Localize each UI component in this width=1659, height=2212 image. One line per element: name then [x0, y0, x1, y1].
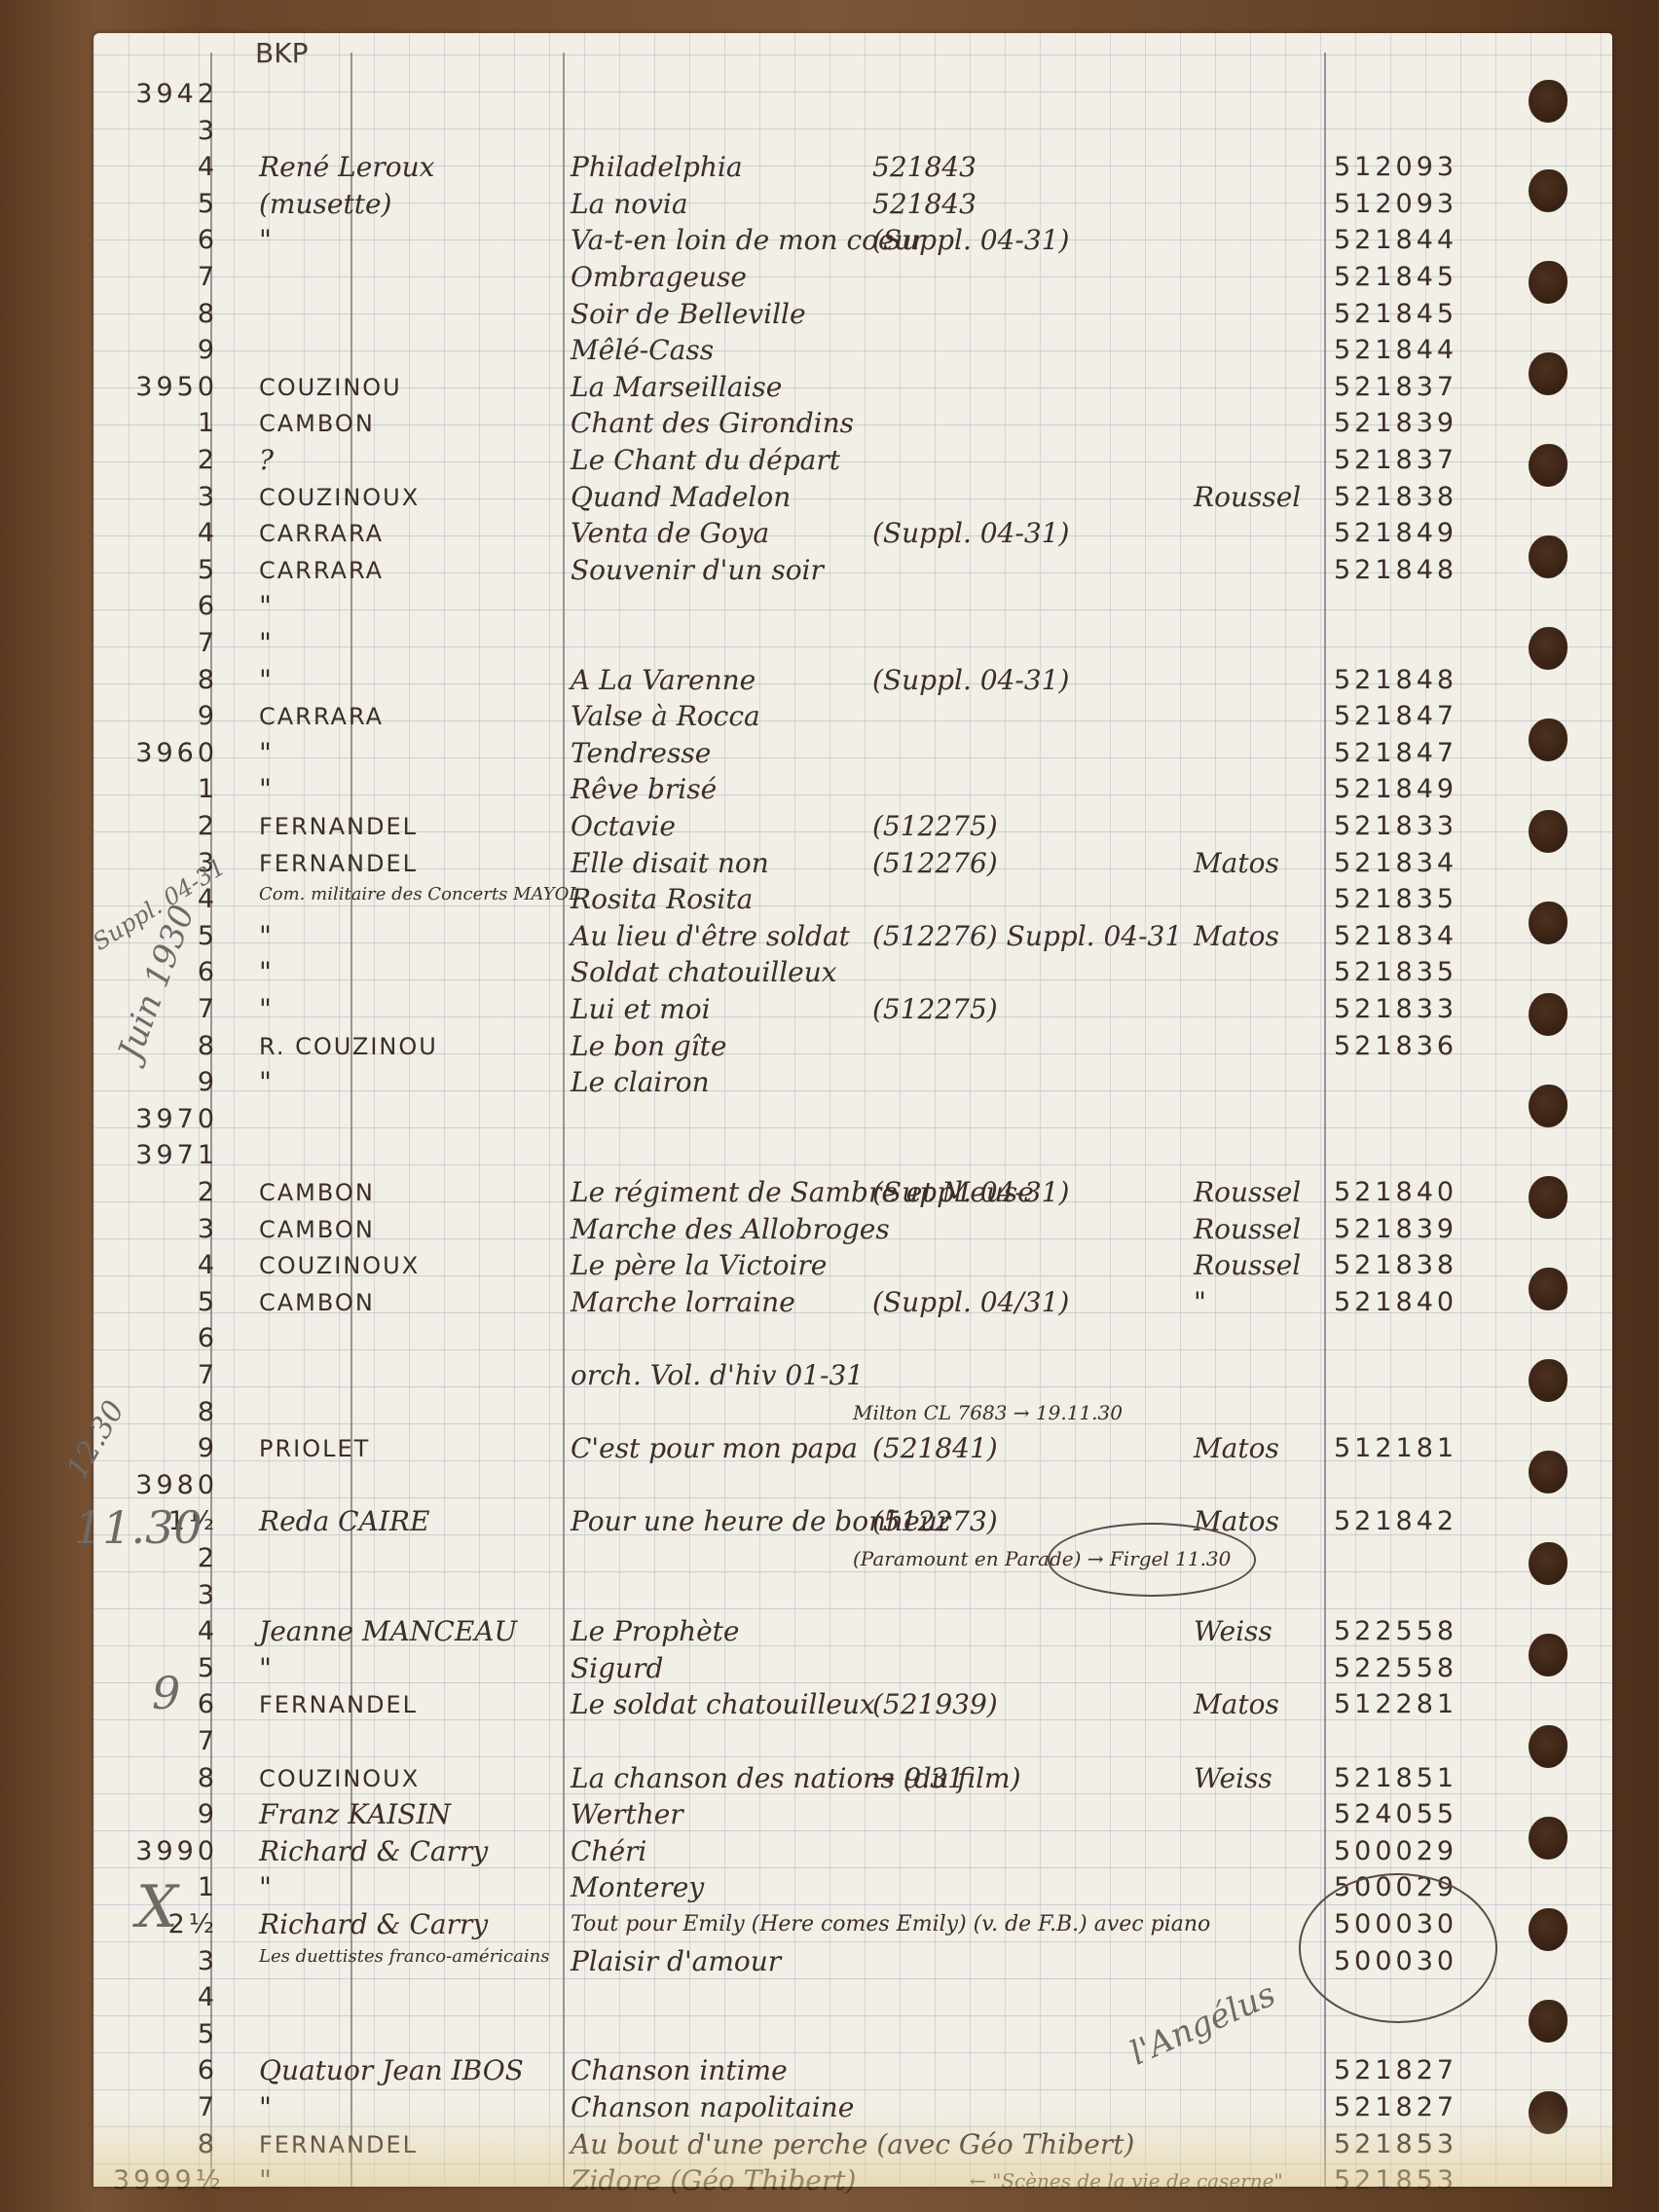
artist-cell: FERNANDEL — [259, 2130, 551, 2159]
table-row: 4CARRARAVenta de Goya(Suppl. 04-31)52184… — [93, 519, 1612, 556]
catalog-number: 5 — [113, 2020, 218, 2049]
matrix-number: 512093 — [1334, 153, 1457, 182]
title-cell: Quand Madelon — [571, 483, 1155, 512]
note-cell: Milton CL 7683 → 19.11.30 — [853, 1398, 1123, 1427]
artist-cell: René Leroux — [259, 153, 551, 182]
catalog-number: 4 — [113, 1983, 218, 2012]
table-row: 9PRIOLETC'est pour mon papa(521841)Matos… — [93, 1434, 1612, 1471]
note-cell: (512275) — [872, 812, 998, 841]
title-cell: Tout pour Emily (Here comes Emily) (v. d… — [571, 1910, 1155, 1939]
artist-cell: " — [259, 958, 551, 987]
matrix-number: 521845 — [1334, 263, 1457, 292]
title-cell: C'est pour mon papa — [571, 1434, 1155, 1463]
matrix-number: 521853 — [1334, 2166, 1457, 2195]
label-cell: Roussel — [1194, 1178, 1301, 1207]
artist-cell: " — [259, 226, 551, 255]
catalog-number: 3960 — [113, 739, 218, 768]
title-cell: Au bout d'une perche (avec Géo Thibert) — [571, 2130, 1155, 2159]
catalog-number: 8 — [113, 2130, 218, 2159]
title-cell: Chéri — [571, 1837, 1155, 1866]
label-cell: Matos — [1194, 922, 1279, 951]
table-row: 3 — [93, 117, 1612, 154]
catalog-number: 4 — [113, 519, 218, 548]
matrix-number: 521838 — [1334, 1251, 1457, 1280]
catalog-number: 3 — [113, 1215, 218, 1244]
table-row: 6"Va-t-en loin de mon coeur(Suppl. 04-31… — [93, 226, 1612, 263]
table-row: 8R. COUZINOULe bon gîte521836 — [93, 1032, 1612, 1069]
note-cell: (512273) — [872, 1507, 998, 1536]
catalog-number: 9 — [113, 1434, 218, 1463]
table-row: 4Com. militaire des Concerts MAYOLRosita… — [93, 885, 1612, 922]
title-cell: Chanson intime — [571, 2056, 1155, 2085]
catalog-number: 8 — [113, 666, 218, 695]
artist-cell: " — [259, 995, 551, 1024]
catalog-number: 1 — [113, 409, 218, 438]
catalog-number: 3 — [113, 483, 218, 512]
catalog-number: 3971 — [113, 1141, 218, 1170]
artist-cell: COUZINOUX — [259, 1764, 551, 1793]
artist-cell: " — [259, 1654, 551, 1683]
title-cell: Rosita Rosita — [571, 885, 1155, 914]
title-cell: Plaisir d'amour — [571, 1947, 1155, 1976]
binder-hole — [1529, 993, 1567, 1036]
catalog-number: 3942 — [113, 80, 218, 109]
table-row: 5 — [93, 2020, 1612, 2057]
artist-cell: PRIOLET — [259, 1434, 551, 1463]
table-row: 4René LerouxPhiladelphia521843512093 — [93, 153, 1612, 190]
note-cell: (521841) — [872, 1434, 998, 1463]
binder-hole — [1529, 444, 1567, 487]
catalog-number: 2 — [113, 446, 218, 475]
artist-cell: " — [259, 1068, 551, 1097]
binder-hole — [1529, 627, 1567, 670]
matrix-number: 521827 — [1334, 2056, 1457, 2085]
catalog-number: 6 — [113, 1324, 218, 1353]
note-cell: (Suppl. 04/31) — [872, 1288, 1069, 1317]
catalog-number: 9 — [113, 702, 218, 731]
artist-cell: CAMBON — [259, 1178, 551, 1207]
catalog-number: 3999½ — [113, 2166, 218, 2195]
matrix-number: 512093 — [1334, 190, 1457, 219]
table-row: 5CARRARASouvenir d'un soir521848 — [93, 556, 1612, 593]
label-cell: Weiss — [1194, 1764, 1272, 1793]
artist-cell: COUZINOU — [259, 373, 551, 402]
table-row: 3971 — [93, 1141, 1612, 1178]
binder-hole — [1529, 1725, 1567, 1768]
artist-cell: (musette) — [259, 190, 551, 219]
artist-cell: FERNANDEL — [259, 812, 551, 841]
table-row: 2(Paramount en Parade) → Firgel 11.30 — [93, 1544, 1612, 1581]
label-cell: Matos — [1194, 1690, 1279, 1719]
catalog-number: 6 — [113, 592, 218, 621]
matrix-number: 521842 — [1334, 1507, 1457, 1536]
binder-hole — [1529, 1359, 1567, 1402]
artist-cell: R. COUZINOU — [259, 1032, 551, 1061]
matrix-number: 521839 — [1334, 1215, 1457, 1244]
table-row: 3FERNANDELElle disait non(512276)Matos52… — [93, 849, 1612, 886]
catalog-number: 3 — [113, 1947, 218, 1976]
note-cell: 521843 — [872, 190, 977, 219]
catalog-number: 1 — [113, 775, 218, 804]
table-row: 7"Chanson napolitaine521827 — [93, 2093, 1612, 2130]
catalog-number: 7 — [113, 263, 218, 292]
matrix-number: 521844 — [1334, 226, 1457, 255]
matrix-number: 521851 — [1334, 1764, 1457, 1793]
note-cell: (521939) — [872, 1690, 998, 1719]
title-cell: Le soldat chatouilleux — [571, 1690, 1155, 1719]
table-row: 5(musette)La novia521843512093 — [93, 190, 1612, 227]
title-cell: Lui et moi — [571, 995, 1155, 1024]
title-cell: Rêve brisé — [571, 775, 1155, 804]
title-cell: Le père la Victoire — [571, 1251, 1155, 1280]
artist-cell: " — [259, 629, 551, 658]
artist-cell: " — [259, 739, 551, 768]
catalog-number: 7 — [113, 1361, 218, 1390]
matrix-number: 522558 — [1334, 1654, 1457, 1683]
title-cell: Le bon gîte — [571, 1032, 1155, 1061]
table-row: 7" — [93, 629, 1612, 666]
binder-hole — [1529, 2000, 1567, 2043]
title-cell: Werther — [571, 1800, 1155, 1829]
artist-cell: CAMBON — [259, 409, 551, 438]
artist-cell: FERNANDEL — [259, 849, 551, 878]
catalog-number: 6 — [113, 2056, 218, 2085]
catalog-number: 2 — [113, 1178, 218, 1207]
table-row: 2FERNANDELOctavie(512275)521833 — [93, 812, 1612, 849]
artist-cell: COUZINOUX — [259, 483, 551, 512]
catalog-number: 9 — [113, 1800, 218, 1829]
title-cell: Le Prophète — [571, 1617, 1155, 1646]
title-cell: Philadelphia — [571, 153, 1155, 182]
artist-cell: " — [259, 775, 551, 804]
table-row: 3950COUZINOULa Marseillaise521837 — [93, 373, 1612, 410]
matrix-number: 521834 — [1334, 922, 1457, 951]
catalog-number: 5 — [113, 556, 218, 585]
table-row: 6"Soldat chatouilleux521835 — [93, 958, 1612, 995]
matrix-number: 521853 — [1334, 2130, 1457, 2159]
margin-note: 9 — [152, 1678, 180, 1708]
catalog-prefix-header: BKP — [255, 39, 308, 68]
table-row: 7"Lui et moi(512275)521833 — [93, 995, 1612, 1032]
table-row: 1½Reda CAIREPour une heure de bonheur(51… — [93, 1507, 1612, 1544]
label-cell: " — [1194, 1288, 1206, 1317]
matrix-number: 521838 — [1334, 483, 1457, 512]
table-row: 7orch. Vol. d'hiv 01-31 — [93, 1361, 1612, 1398]
title-cell: La Marseillaise — [571, 373, 1155, 402]
table-row: 6Quatuor Jean IBOSChanson intime521827 — [93, 2056, 1612, 2093]
matrix-number: 521847 — [1334, 702, 1457, 731]
table-row: 5"Sigurd522558 — [93, 1654, 1612, 1691]
title-cell: Ombrageuse — [571, 263, 1155, 292]
matrix-number: 521837 — [1334, 446, 1457, 475]
title-cell: La novia — [571, 190, 1155, 219]
binder-hole — [1529, 261, 1567, 304]
table-row: 5CAMBONMarche lorraine(Suppl. 04/31)"521… — [93, 1288, 1612, 1325]
label-cell: Matos — [1194, 1434, 1279, 1463]
catalog-number: 9 — [113, 336, 218, 365]
binder-hole — [1529, 719, 1567, 761]
catalog-number: 3950 — [113, 373, 218, 402]
matrix-number: 521837 — [1334, 373, 1457, 402]
table-row: 6" — [93, 592, 1612, 629]
artist-cell: " — [259, 592, 551, 621]
matrix-number: 522558 — [1334, 1617, 1457, 1646]
note-cell: ← "Scènes de la vie de caserne" — [970, 2166, 1283, 2195]
matrix-number: 521833 — [1334, 995, 1457, 1024]
table-row: 9Mêlé-Cass521844 — [93, 336, 1612, 373]
table-row: 3980 — [93, 1471, 1612, 1508]
title-cell: Valse à Rocca — [571, 702, 1155, 731]
artist-cell: FERNANDEL — [259, 1690, 551, 1719]
artist-cell: " — [259, 2093, 551, 2122]
artist-cell: Richard & Carry — [259, 1837, 551, 1866]
label-cell: Matos — [1194, 849, 1279, 878]
catalog-number: 9 — [113, 1068, 218, 1097]
binder-hole — [1529, 1817, 1567, 1860]
matrix-number: 521848 — [1334, 666, 1457, 695]
title-cell: orch. Vol. d'hiv 01-31 — [571, 1361, 1155, 1390]
binder-hole — [1529, 535, 1567, 578]
matrix-number: 524055 — [1334, 1800, 1457, 1829]
binder-hole — [1529, 352, 1567, 395]
label-cell: Weiss — [1194, 1617, 1272, 1646]
title-cell: Le clairon — [571, 1068, 1155, 1097]
catalog-number: 3970 — [113, 1105, 218, 1134]
matrix-number: 500029 — [1334, 1837, 1457, 1866]
table-row: 4Jeanne MANCEAULe ProphèteWeiss522558 — [93, 1617, 1612, 1654]
label-cell: Roussel — [1194, 1251, 1301, 1280]
title-cell: Pour une heure de bonheur — [571, 1507, 1155, 1536]
title-cell: Chanson napolitaine — [571, 2093, 1155, 2122]
table-row: 3COUZINOUXQuand MadelonRoussel521838 — [93, 483, 1612, 520]
title-cell: Chant des Girondins — [571, 409, 1155, 438]
artist-cell: Reda CAIRE — [259, 1507, 551, 1536]
title-cell: Elle disait non — [571, 849, 1155, 878]
matrix-number: 521827 — [1334, 2093, 1457, 2122]
binder-hole — [1529, 80, 1567, 123]
matrix-number: 512181 — [1334, 1434, 1457, 1463]
artist-cell: Com. militaire des Concerts MAYOL — [259, 885, 551, 904]
title-cell: Tendresse — [571, 739, 1155, 768]
binder-hole — [1529, 1176, 1567, 1219]
title-cell: Souvenir d'un soir — [571, 556, 1155, 585]
note-cell: (512276) — [872, 849, 998, 878]
table-row: 3CAMBONMarche des AllobrogesRoussel52183… — [93, 1215, 1612, 1252]
table-row: 3990Richard & CarryChéri500029 — [93, 1837, 1612, 1874]
note-cell: (Suppl. 04-31) — [872, 1178, 1069, 1207]
artist-cell: CARRARA — [259, 519, 551, 548]
notebook-page: BKP 394234René LerouxPhiladelphia5218435… — [93, 33, 1612, 2187]
table-row: 8FERNANDELAu bout d'une perche (avec Géo… — [93, 2130, 1612, 2167]
title-cell: Octavie — [571, 812, 1155, 841]
artist-cell: COUZINOUX — [259, 1251, 551, 1280]
catalog-number: 4 — [113, 1617, 218, 1646]
table-row: 3970 — [93, 1105, 1612, 1142]
title-cell: Le Chant du départ — [571, 446, 1155, 475]
note-cell: (Suppl. 04-31) — [872, 226, 1069, 255]
matrix-number: 521848 — [1334, 556, 1457, 585]
artist-cell: Les duettistes franco-américains — [259, 1947, 551, 1967]
matrix-number: 521849 — [1334, 519, 1457, 548]
matrix-number: 521849 — [1334, 775, 1457, 804]
note-cell: 521843 — [872, 153, 977, 182]
table-row: 2?Le Chant du départ521837 — [93, 446, 1612, 483]
label-cell: Roussel — [1194, 1215, 1301, 1244]
table-row: 5"Au lieu d'être soldat(512276) Suppl. 0… — [93, 922, 1612, 959]
table-row: 4COUZINOUXLe père la VictoireRoussel5218… — [93, 1251, 1612, 1288]
binder-hole — [1529, 1451, 1567, 1493]
binder-hole — [1529, 902, 1567, 944]
circle-annotation — [1299, 1873, 1497, 2023]
table-row: 9"Le clairon — [93, 1068, 1612, 1105]
table-row: 2CAMBONLe régiment de Sambre et Meuse(Su… — [93, 1178, 1612, 1215]
table-row: 7Ombrageuse521845 — [93, 263, 1612, 300]
binder-hole — [1529, 169, 1567, 212]
matrix-number: 521833 — [1334, 812, 1457, 841]
matrix-number: 521836 — [1334, 1032, 1457, 1061]
matrix-number: 521847 — [1334, 739, 1457, 768]
artist-cell: Jeanne MANCEAU — [259, 1617, 551, 1646]
table-row: 8Milton CL 7683 → 19.11.30 — [93, 1398, 1612, 1435]
table-row: 6 — [93, 1324, 1612, 1361]
catalog-number: 4 — [113, 153, 218, 182]
catalog-number: 7 — [113, 2093, 218, 2122]
catalog-number: 6 — [113, 226, 218, 255]
binder-hole — [1529, 1268, 1567, 1310]
margin-note: X — [136, 1893, 178, 1922]
artist-cell: ? — [259, 446, 551, 475]
artist-cell: " — [259, 1873, 551, 1902]
catalog-number: 5 — [113, 190, 218, 219]
matrix-number: 521834 — [1334, 849, 1457, 878]
catalog-number: 3 — [113, 117, 218, 146]
table-row: 1CAMBONChant des Girondins521839 — [93, 409, 1612, 446]
note-cell: → 9.31 — [872, 1764, 965, 1793]
title-cell: Marche des Allobroges — [571, 1215, 1155, 1244]
title-cell: Soir de Belleville — [571, 300, 1155, 329]
title-cell: Sigurd — [571, 1654, 1155, 1683]
artist-cell: Franz KAISIN — [259, 1800, 551, 1829]
label-cell: Roussel — [1194, 483, 1301, 512]
catalog-number: 5 — [113, 1288, 218, 1317]
catalog-number: 2 — [113, 812, 218, 841]
artist-cell: CAMBON — [259, 1215, 551, 1244]
catalog-number: 3 — [113, 1581, 218, 1610]
table-row: 1"Rêve brisé521849 — [93, 775, 1612, 812]
table-row: 3960"Tendresse521847 — [93, 739, 1612, 776]
matrix-number: 521835 — [1334, 958, 1457, 987]
matrix-number: 521844 — [1334, 336, 1457, 365]
binder-hole — [1529, 1634, 1567, 1677]
artist-cell: Quatuor Jean IBOS — [259, 2056, 551, 2085]
matrix-number: 521839 — [1334, 409, 1457, 438]
artist-cell: Richard & Carry — [259, 1910, 551, 1939]
margin-note: 11.30 — [74, 1513, 203, 1542]
catalog-number: 7 — [113, 1727, 218, 1756]
circle-annotation — [1048, 1523, 1256, 1597]
matrix-number: 512281 — [1334, 1690, 1457, 1719]
note-cell: (512275) — [872, 995, 998, 1024]
table-row: 7 — [93, 1727, 1612, 1764]
table-row: 3942 — [93, 80, 1612, 117]
table-row: 3999½"Zidore (Géo Thibert)← "Scènes de l… — [93, 2166, 1612, 2203]
title-cell: Soldat chatouilleux — [571, 958, 1155, 987]
binder-hole — [1529, 2091, 1567, 2134]
catalog-number: 8 — [113, 300, 218, 329]
catalog-number: 3980 — [113, 1471, 218, 1500]
binder-hole — [1529, 810, 1567, 853]
table-row: 9CARRARAValse à Rocca521847 — [93, 702, 1612, 739]
artist-cell: CARRARA — [259, 556, 551, 585]
artist-cell: " — [259, 2166, 551, 2195]
matrix-number: 521845 — [1334, 300, 1457, 329]
table-row: 3 — [93, 1581, 1612, 1618]
binder-hole — [1529, 1908, 1567, 1951]
artist-cell: " — [259, 666, 551, 695]
artist-cell: CARRARA — [259, 702, 551, 731]
table-row: 9Franz KAISINWerther524055 — [93, 1800, 1612, 1837]
table-row: 8"A La Varenne(Suppl. 04-31)521848 — [93, 666, 1612, 703]
catalog-number: 8 — [113, 1764, 218, 1793]
catalog-number: 4 — [113, 1251, 218, 1280]
artist-cell: CAMBON — [259, 1288, 551, 1317]
title-cell: La chanson des nations (du film) — [571, 1764, 1155, 1793]
catalog-number: 7 — [113, 629, 218, 658]
note-cell: (Suppl. 04-31) — [872, 666, 1069, 695]
matrix-number: 521835 — [1334, 885, 1457, 914]
matrix-number: 521840 — [1334, 1178, 1457, 1207]
title-cell: Monterey — [571, 1873, 1155, 1902]
table-row: 8Soir de Belleville521845 — [93, 300, 1612, 337]
title-cell: Mêlé-Cass — [571, 336, 1155, 365]
table-row: 6FERNANDELLe soldat chatouilleux(521939)… — [93, 1690, 1612, 1727]
binder-hole — [1529, 1085, 1567, 1127]
catalog-number: 3990 — [113, 1837, 218, 1866]
matrix-number: 521840 — [1334, 1288, 1457, 1317]
binder-hole — [1529, 1542, 1567, 1585]
note-cell: (512276) Suppl. 04-31 — [872, 922, 1182, 951]
note-cell: (Suppl. 04-31) — [872, 519, 1069, 548]
table-row: 8COUZINOUXLa chanson des nations (du fil… — [93, 1764, 1612, 1801]
artist-cell: " — [259, 922, 551, 951]
